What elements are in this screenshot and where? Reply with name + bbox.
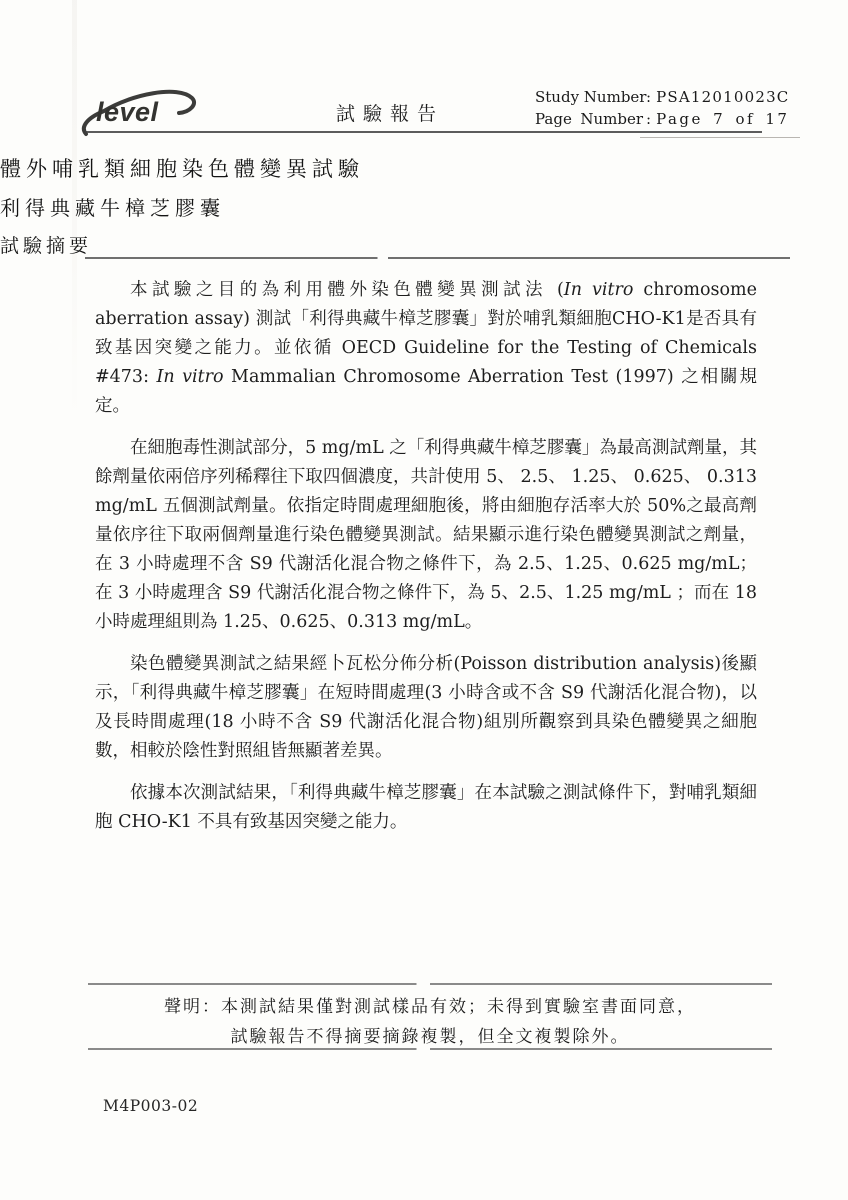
- doc-type-title: 試驗報告: [280, 99, 500, 126]
- summary-body: 本試驗之目的為利用體外染色體變異測試法 (In vitro chromosome…: [95, 276, 757, 850]
- page-number-value: Page 7 of 17: [656, 110, 789, 128]
- study-number-value: PSA12010023C: [656, 88, 789, 106]
- report-title-line2: 利得典藏牛樟芝膠囊: [0, 192, 770, 221]
- study-number-label: Study Number: [535, 86, 643, 108]
- section-heading-summary: 試驗摘要: [0, 231, 770, 258]
- summary-paragraph-3: 染色體變異測試之結果經卜瓦松分佈分析(Poisson distribution …: [95, 650, 757, 766]
- report-page: level 試驗報告 Study Number:PSA12010023C Pag…: [0, 0, 848, 1200]
- header-rule: [85, 131, 762, 133]
- footer-document-code: M4P003-02: [103, 1097, 198, 1115]
- header-rule-faint: [640, 137, 800, 138]
- declaration-line1: 聲明：本測試結果僅對測試樣品有效；未得到實驗室書面同意，: [85, 992, 775, 1022]
- summary-rule: [85, 257, 790, 259]
- summary-paragraph-2: 在細胞毒性測試部分，5 mg/mL 之「利得典藏牛樟芝膠囊」為最高測試劑量，其餘…: [95, 434, 757, 637]
- logo-text: level: [96, 97, 159, 128]
- page-number-row: Page Number:Page 7 of 17: [535, 108, 805, 130]
- summary-paragraph-1: 本試驗之目的為利用體外染色體變異測試法 (In vitro chromosome…: [95, 276, 757, 421]
- colon-separator: :: [643, 108, 656, 130]
- declaration-text: 聲明：本測試結果僅對測試樣品有效；未得到實驗室書面同意， 試驗報告不得摘要摘錄複…: [85, 992, 775, 1052]
- declaration-rule-top: [88, 983, 772, 985]
- colon-separator: :: [643, 86, 656, 108]
- declaration-rule-bottom: [88, 1048, 772, 1050]
- page-number-label: Page Number: [535, 108, 643, 130]
- report-title-line1: 體外哺乳類細胞染色體變異試驗: [0, 153, 770, 183]
- summary-paragraph-4: 依據本次測試結果，「利得典藏牛樟芝膠囊」在本試驗之測試條件下，對哺乳類細胞 CH…: [95, 779, 757, 837]
- study-number-row: Study Number:PSA12010023C: [535, 86, 805, 108]
- header-meta: Study Number:PSA12010023C Page Number:Pa…: [535, 86, 805, 130]
